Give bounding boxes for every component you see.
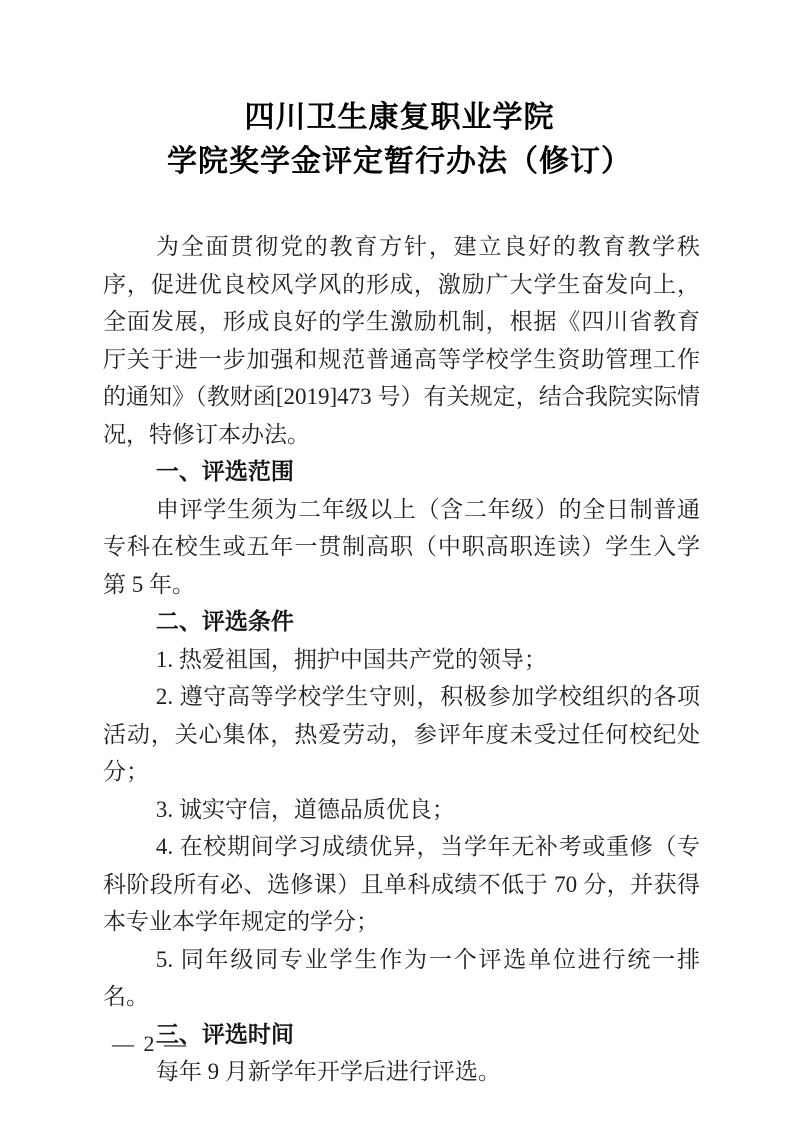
criteria-item-1: 1. 热爱祖国，拥护中国共产党的领导；: [103, 641, 700, 679]
document-body: 为全面贯彻党的教育方针，建立良好的教育教学秩序，促进优良校风学风的形成，激励广大…: [103, 228, 700, 1091]
document-page: 四川卫生康复职业学院 学院奖学金评定暂行办法（修订） 为全面贯彻党的教育方针，建…: [0, 0, 799, 1130]
title-line-1: 四川卫生康复职业学院: [0, 96, 799, 140]
section-heading-time: 三、评选时间: [103, 1016, 700, 1054]
criteria-item-4: 4. 在校期间学习成绩优异，当学年无补考或重修（专科阶段所有必、选修课）且单科成…: [103, 828, 700, 941]
scope-paragraph: 申评学生须为二年级以上（含二年级）的全日制普通专科在校生或五年一贯制高职（中职高…: [103, 491, 700, 604]
section-heading-scope: 一、评选范围: [103, 453, 700, 491]
page-footer: — 2 —: [112, 1031, 188, 1057]
intro-paragraph: 为全面贯彻党的教育方针，建立良好的教育教学秩序，促进优良校风学风的形成，激励广大…: [103, 228, 700, 453]
section-heading-criteria: 二、评选条件: [103, 603, 700, 641]
document-title: 四川卫生康复职业学院 学院奖学金评定暂行办法（修订）: [0, 0, 799, 184]
criteria-item-5: 5. 同年级同专业学生作为一个评选单位进行统一排名。: [103, 941, 700, 1016]
time-paragraph: 每年 9 月新学年开学后进行评选。: [103, 1053, 700, 1091]
criteria-item-2: 2. 遵守高等学校学生守则，积极参加学校组织的各项活动，关心集体，热爱劳动，参评…: [103, 678, 700, 791]
title-line-2: 学院奖学金评定暂行办法（修订）: [0, 140, 799, 184]
criteria-item-3: 3. 诚实守信，道德品质优良；: [103, 791, 700, 829]
page-number: — 2 —: [112, 1031, 188, 1056]
